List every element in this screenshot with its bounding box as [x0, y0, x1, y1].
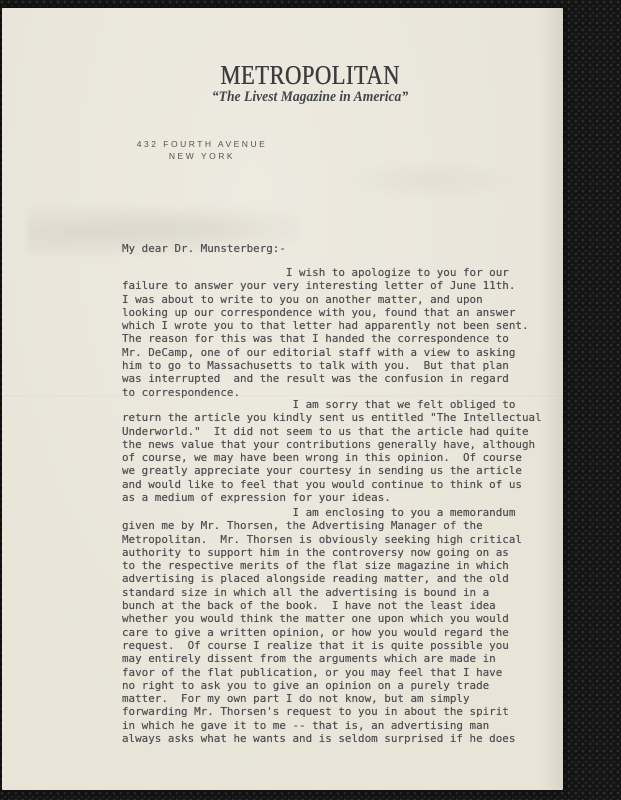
- address-line-1: 432 FOURTH AVENUE: [137, 138, 268, 150]
- address-line-2: NEW YORK: [137, 150, 268, 162]
- scan-background: METROPOLITAN “The Livest Magazine in Ame…: [0, 0, 621, 800]
- address-block: 432 FOURTH AVENUE NEW YORK: [137, 138, 268, 162]
- paragraph-1: I wish to apologize to you for our failu…: [122, 266, 529, 399]
- letter-page: METROPOLITAN “The Livest Magazine in Ame…: [2, 8, 563, 790]
- ink-bleed-ghost: [332, 160, 532, 200]
- salutation: My dear Dr. Munsterberg:-: [122, 242, 286, 255]
- magazine-tagline: “The Livest Magazine in America”: [212, 89, 408, 106]
- magazine-logo: METROPOLITAN: [220, 60, 400, 91]
- paragraph-2: I am sorry that we felt obliged to retur…: [122, 398, 542, 504]
- paragraph-3: I am enclosing to you a memorandum given…: [122, 506, 522, 745]
